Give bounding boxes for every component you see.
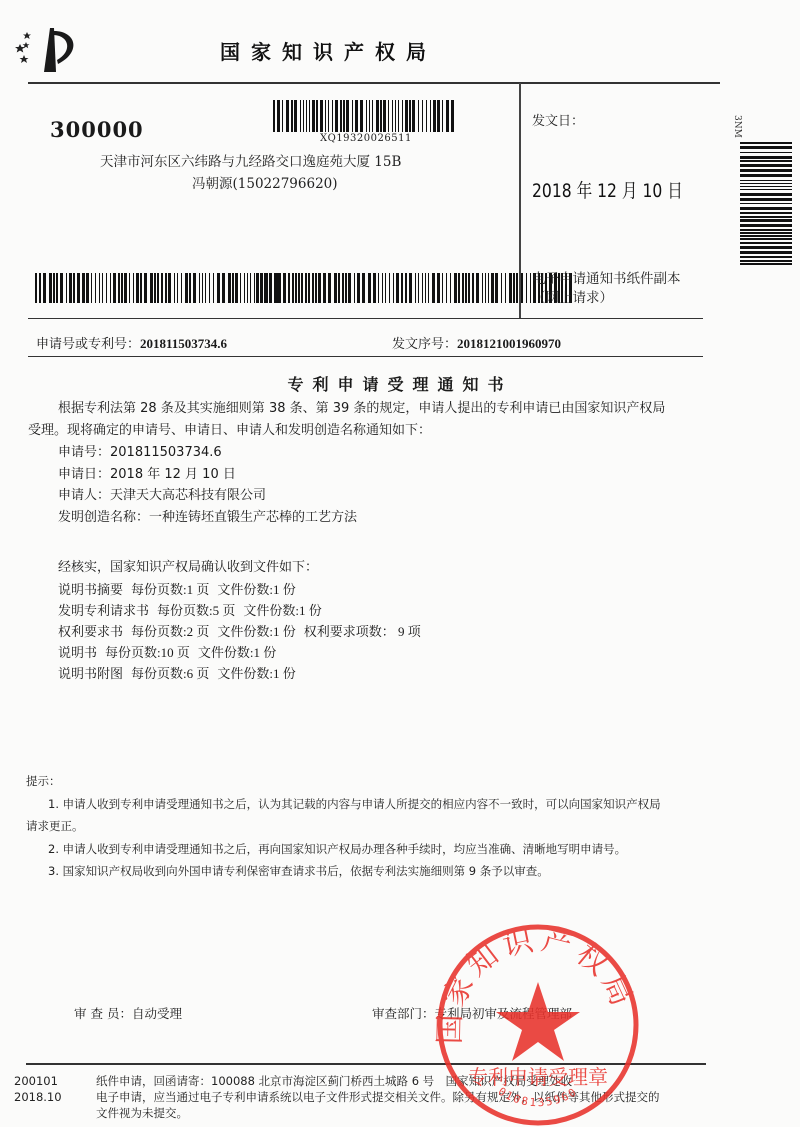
application-field: 申请人：天津天大高芯科技有限公司: [58, 485, 357, 507]
serial-number-ref: 发文序号：2018121001960970: [392, 333, 561, 352]
received-file-row: 说明书附图每份页数:6 页文件份数:1 份: [58, 663, 429, 684]
field-label: 申请号：: [58, 445, 110, 460]
issue-date-label: 发文日：: [532, 110, 584, 129]
examiner-value: 自动受理: [132, 1006, 182, 1021]
form-code: 200101: [14, 1074, 58, 1089]
header-divider-full: [28, 82, 720, 84]
field-label: 发明创造名称：: [58, 510, 149, 525]
field-value: 天津天大高芯科技有限公司: [110, 488, 266, 503]
application-fields: 申请号：201811503734.6申请日：2018 年 12 月 10 日申请…: [58, 442, 357, 528]
svg-text:国家知识产权局: 国家知识产权局: [433, 922, 641, 1044]
file-copies: 文件份数:1 份: [243, 603, 321, 618]
file-name: 权利要求书: [58, 624, 123, 639]
received-file-row: 权利要求书每份页数:2 页文件份数:1 份权利要求项数： 9 项: [58, 621, 429, 642]
routing-barcode-left: [35, 273, 279, 303]
department-value: 专利局初审及流程管理部: [435, 1006, 573, 1021]
issue-date-value: 2018 年 12 月 10 日: [532, 176, 683, 203]
received-file-row: 发明专利请求书每份页数:5 页文件份数:1 份: [58, 600, 429, 621]
footer-divider: [26, 1063, 706, 1065]
file-pages: 每份页数:1 页: [131, 582, 209, 597]
tip-3: 3. 国家知识产权局收到向外国申请专利保密审查请求书后，依据专利法实施细则第 9…: [48, 860, 549, 882]
file-name: 说明书: [58, 645, 97, 660]
file-copies: 文件份数:1 份: [198, 645, 276, 660]
tip-1-line-1: 1. 申请人收到专利申请受理通知书之后，认为其记载的内容与申请人所提交的相应内容…: [48, 793, 661, 815]
field-value: 2018 年 12 月 10 日: [110, 467, 236, 482]
intro-line-2: 受理。现将确定的申请号、申请日、申请人和发明创造名称通知如下：: [28, 420, 431, 442]
received-files-list: 说明书摘要每份页数:1 页文件份数:1 份发明专利请求书每份页数:5 页文件份数…: [58, 579, 429, 684]
tip-2: 2. 申请人收到专利申请受理通知书之后，再向国家知识产权局办理各种手续时，均应当…: [48, 838, 626, 860]
serial-number-label: 发文序号：: [392, 337, 457, 352]
electronic-copy-note: 电子申请通知书纸件副本（网上请求）: [532, 270, 707, 308]
application-number-ref: 申请号或专利号：201811503734.6: [36, 333, 227, 352]
notice-title: 专利申请受理通知书: [0, 372, 800, 395]
file-copies: 文件份数:1 份: [217, 624, 295, 639]
file-pages: 每份页数:6 页: [131, 666, 209, 681]
examiner-label: 审 查 员：: [74, 1006, 132, 1021]
routing-barcode-right: [256, 273, 574, 303]
tracking-barcode: [273, 100, 456, 132]
file-pages: 每份页数:2 页: [131, 624, 209, 639]
postcode: 300000: [50, 117, 144, 142]
footer-line-3: 文件视为未提交。: [96, 1106, 188, 1121]
field-value: 201811503734.6: [110, 445, 222, 460]
file-pages: 每份页数:5 页: [157, 603, 235, 618]
form-date: 2018.10: [14, 1090, 62, 1105]
field-label: 申请日：: [58, 467, 110, 482]
file-extra: 权利要求项数： 9 项: [304, 624, 421, 639]
ref-divider-bottom: [28, 356, 703, 357]
department-label: 审查部门：: [372, 1006, 435, 1021]
application-number-value: 201811503734.6: [140, 336, 227, 351]
side-code: 3NM: [732, 115, 742, 138]
agency-title: 国家知识产权局: [220, 36, 437, 65]
footer-line-1: 纸件申请，回函请寄：100088 北京市海淀区蓟门桥西土城路 6 号 国家知识产…: [96, 1074, 572, 1089]
application-field: 申请日：2018 年 12 月 10 日: [58, 464, 357, 486]
file-copies: 文件份数:1 份: [217, 666, 295, 681]
received-file-row: 说明书每份页数:10 页文件份数:1 份: [58, 642, 429, 663]
tracking-code: XQ19320026511: [320, 133, 412, 144]
application-number-label: 申请号或专利号：: [36, 337, 140, 352]
file-name: 发明专利请求书: [58, 603, 149, 618]
file-copies: 文件份数:1 份: [217, 582, 295, 597]
received-file-row: 说明书摘要每份页数:1 页文件份数:1 份: [58, 579, 429, 600]
footer-line-2: 电子申请，应当通过电子专利申请系统以电子文件形式提交相关文件。除另有规定外，以纸…: [96, 1090, 660, 1105]
recipient-name: 冯朝源(15022796620): [192, 172, 338, 192]
files-intro: 经核实，国家知识产权局确认收到文件如下：: [58, 557, 318, 579]
examiner: 审 查 员：自动受理: [74, 1004, 182, 1022]
column-divider: [519, 83, 521, 319]
field-value: 一种连铸坯直锻生产芯棒的工艺方法: [149, 510, 357, 525]
application-field: 发明创造名称：一种连铸坯直锻生产芯棒的工艺方法: [58, 507, 357, 529]
tips-heading: 提示：: [26, 770, 61, 792]
application-field: 申请号：201811503734.6: [58, 442, 357, 464]
tip-1-line-2: 请求更正。: [26, 815, 84, 837]
ref-divider-top: [28, 318, 703, 319]
department: 审查部门：专利局初审及流程管理部: [372, 1004, 572, 1022]
file-name: 说明书摘要: [58, 582, 123, 597]
file-pages: 每份页数:10 页: [105, 645, 190, 660]
cnipa-logo-icon: [14, 22, 84, 72]
serial-number-value: 2018121001960970: [457, 336, 561, 351]
field-label: 申请人：: [58, 488, 110, 503]
side-barcode: [740, 142, 792, 266]
intro-line-1: 根据专利法第 28 条及其实施细则第 38 条、第 39 条的规定，申请人提出的…: [58, 398, 665, 420]
file-name: 说明书附图: [58, 666, 123, 681]
recipient-address: 天津市河东区六纬路与九经路交口逸庭苑大厦 15B: [100, 150, 401, 170]
